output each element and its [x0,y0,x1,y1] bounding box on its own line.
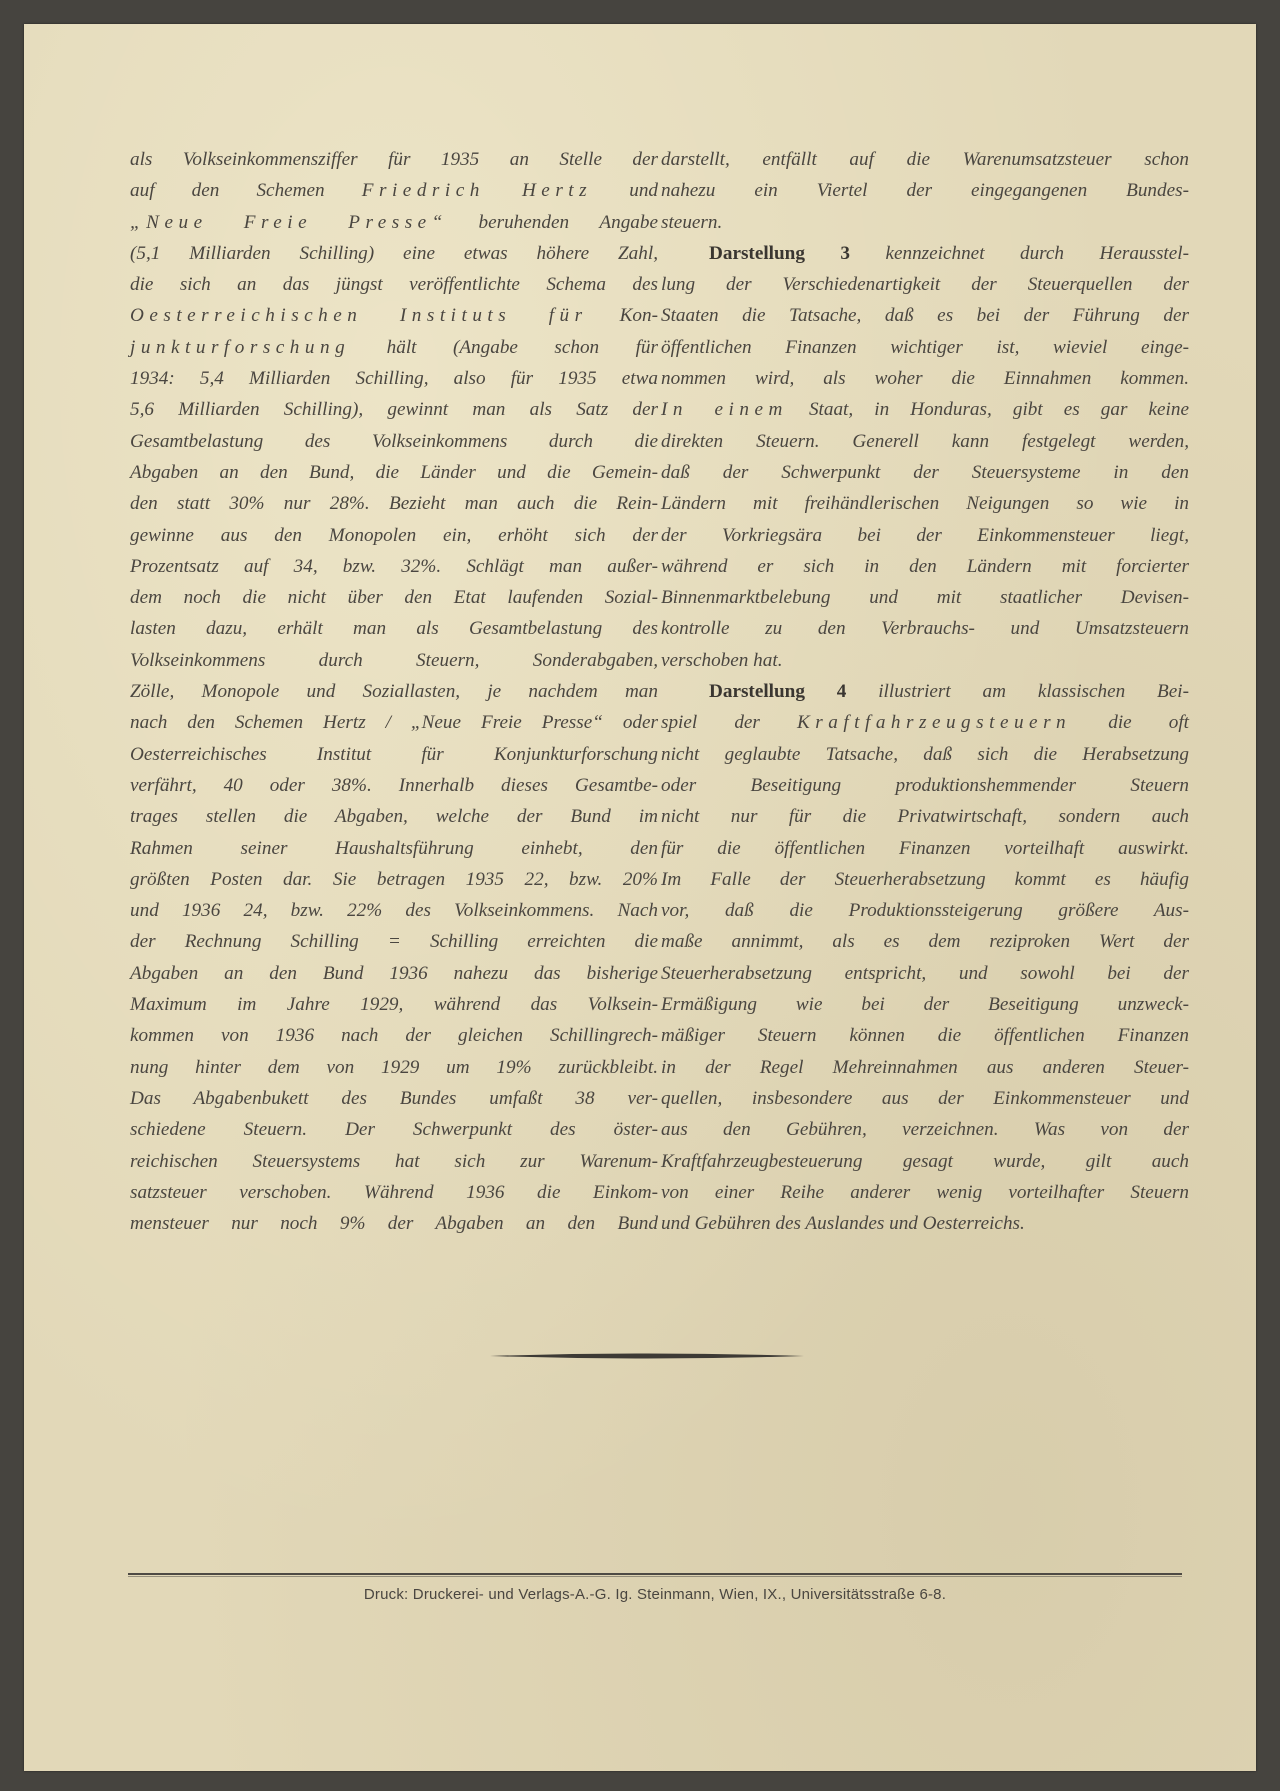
text-line: quellen, insbesondere aus der Einkommens… [661,1083,1189,1114]
figure-reference-darstellung-3: Darstellung 3 [709,243,850,264]
text-line: Abgaben an den Bund, die Länder und die … [130,457,658,488]
text-line: nicht nur für die Privatwirtschaft, sond… [661,801,1189,832]
text-fragment: spiel der [661,712,760,733]
text-line: darstellt, entfällt auf die Warenumsatzs… [661,144,1189,175]
text-line: auf den Schemen Friedrich Hertz und [130,175,658,206]
text-line: öffentlichen Finanzen wichtiger ist, wie… [661,332,1189,363]
text-line: verfährt, 40 oder 38%. Innerhalb dieses … [130,770,658,801]
text-line: 5,6 Milliarden Schilling), gewinnt man a… [130,394,658,425]
text-line: Staaten die Tatsache, daß es bei der Füh… [661,300,1189,331]
text-line: Kraftfahrzeugbesteuerung gesagt wurde, g… [661,1146,1189,1177]
text-line: mensteuer nur noch 9% der Abgaben an den… [130,1208,658,1239]
text-line: in der Regel Mehreinnahmen aus anderen S… [661,1052,1189,1083]
text-line: als Volkseinkommensziffer für 1935 an St… [130,144,658,175]
text-line: mäßiger Steuern können die öffentlichen … [661,1020,1189,1051]
text-line: (5,1 Milliarden Schilling) eine etwas hö… [130,238,658,269]
text-line: Gesamtbelastung des Volkseinkommens durc… [130,426,658,457]
text-line: nahezu ein Viertel der eingegangenen Bun… [661,175,1189,206]
text-line: „Neue Freie Presse“ beruhenden Angabe [130,207,658,238]
text-line: und Gebühren des Auslandes und Oesterrei… [661,1208,1189,1239]
text-line: lasten dazu, erhält man als Gesamtbelast… [130,613,658,644]
text-line: nach den Schemen Hertz / „Neue Freie Pre… [130,707,658,738]
text-line: Binnenmarktbelebung und mit staatlicher … [661,582,1189,613]
text-line: Darstellung 4 illustriert am klassischen… [661,676,1189,707]
footer-rule [128,1573,1182,1575]
text-line: kommen von 1936 nach der gleichen Schill… [130,1020,658,1051]
text-fragment: kennzeichnet durch Herausstel- [885,243,1189,264]
spaced-name-konjunktur: junkturforschung [130,337,350,358]
text-line: den statt 30% nur 28%. Bezieht man auch … [130,488,658,519]
text-line: Oesterreichischen Instituts für Kon- [130,300,658,331]
text-fragment: illustriert am klassischen Bei- [878,681,1189,702]
text-line: maße annimmt, als es dem reziproken Wert… [661,926,1189,957]
text-line: Im Falle der Steuerherabsetzung kommt es… [661,864,1189,895]
section-divider-ornament [490,1352,804,1360]
text-line: nommen wird, als woher die Einnahmen kom… [661,363,1189,394]
spaced-name-hertz: Hertz [522,180,592,201]
text-line: verschoben hat. [661,645,1189,676]
text-line: für die öffentlichen Finanzen vorteilhaf… [661,833,1189,864]
figure-reference-darstellung-4: Darstellung 4 [709,681,846,702]
text-line: kontrolle zu den Verbrauchs- und Umsatzs… [661,613,1189,644]
printer-imprint: Druck: Druckerei- und Verlags-A.-G. Ig. … [128,1586,1182,1603]
text-line: vor, daß die Produktionssteigerung größe… [661,895,1189,926]
document-page: als Volkseinkommensziffer für 1935 an St… [24,24,1256,1771]
text-fragment: beruhenden Angabe [479,212,659,233]
text-line: gewinne aus den Monopolen ein, erhöht si… [130,520,658,551]
text-line: Ermäßigung wie bei der Beseitigung unzwe… [661,989,1189,1020]
text-line: nung hinter dem von 1929 um 19% zurückbl… [130,1052,658,1083]
text-line: spiel der Kraftfahrzeugsteuern die oft [661,707,1189,738]
text-line: daß der Schwerpunkt der Steuersysteme in… [661,457,1189,488]
text-line: lung der Verschiedenartigkeit der Steuer… [661,269,1189,300]
text-line: von einer Reihe anderer wenig vorteilhaf… [661,1177,1189,1208]
spaced-emphasis-in-einem: In einem [661,399,788,420]
text-line: Prozentsatz auf 34, bzw. 32%. Schlägt ma… [130,551,658,582]
text-line: der Rechnung Schilling = Schilling errei… [130,926,658,957]
text-fragment: hält (Angabe schon für [387,337,658,358]
text-line: steuern. [661,207,1189,238]
text-line: aus den Gebühren, verzeichnen. Was von d… [661,1114,1189,1145]
text-line: Volkseinkommens durch Steuern, Sonderabg… [130,645,658,676]
text-line: Das Abgabenbukett des Bundes umfaßt 38 v… [130,1083,658,1114]
text-line: In einem Staat, in Honduras, gibt es gar… [661,394,1189,425]
text-line: der Vorkriegsära bei der Einkommensteuer… [661,520,1189,551]
spaced-name-friedrich: Friedrich [362,180,485,201]
text-fragment: auf den Schemen [130,180,325,201]
text-line: satzsteuer verschoben. Während 1936 die … [130,1177,658,1208]
text-line: dem noch die nicht über den Etat laufend… [130,582,658,613]
spaced-name-neue-freie-presse: „Neue Freie Presse“ [130,212,448,233]
spaced-emphasis-kraftfahrzeugsteuern: Kraftfahrzeugsteuern [797,712,1071,733]
text-line: und 1936 24, bzw. 22% des Volkseinkommen… [130,895,658,926]
spaced-name-institut: Oesterreichischen Instituts für [130,305,588,326]
text-line: nicht geglaubte Tatsache, daß sich die H… [661,739,1189,770]
text-line: Darstellung 3 kennzeichnet durch Herauss… [661,238,1189,269]
text-line: schiedene Steuern. Der Schwerpunkt des ö… [130,1114,658,1145]
text-line: Oesterreichisches Institut für Konjunktu… [130,739,658,770]
text-line: Ländern mit freihändlerischen Neigungen … [661,488,1189,519]
text-line: während er sich in den Ländern mit forci… [661,551,1189,582]
text-line: Zölle, Monopole und Soziallasten, je nac… [130,676,658,707]
text-line: Rahmen seiner Haushaltsführung einhebt, … [130,833,658,864]
text-line: oder Beseitigung produktionshemmender St… [661,770,1189,801]
text-line: Steuerherabsetzung entspricht, und sowoh… [661,958,1189,989]
left-column: als Volkseinkommensziffer für 1935 an St… [130,144,658,1239]
text-line: Maximum im Jahre 1929, während das Volks… [130,989,658,1020]
text-line: Abgaben an den Bund 1936 nahezu das bish… [130,958,658,989]
text-fragment: Kon- [620,305,658,326]
text-line: 1934: 5,4 Milliarden Schilling, also für… [130,363,658,394]
text-line: reichischen Steuersystems hat sich zur W… [130,1146,658,1177]
text-fragment: und [629,180,658,201]
text-fragment: Staat, in Honduras, gibt es gar keine [809,399,1189,420]
text-line: die sich an das jüngst veröffentlichte S… [130,269,658,300]
right-column: darstellt, entfällt auf die Warenumsatzs… [661,144,1189,1239]
text-line: direkten Steuern. Generell kann festgele… [661,426,1189,457]
text-fragment: die oft [1108,712,1189,733]
text-line: junkturforschung hält (Angabe schon für [130,332,658,363]
footer-rule-shadow [128,1576,1182,1577]
text-line: größten Posten dar. Sie betragen 1935 22… [130,864,658,895]
text-line: trages stellen die Abgaben, welche der B… [130,801,658,832]
